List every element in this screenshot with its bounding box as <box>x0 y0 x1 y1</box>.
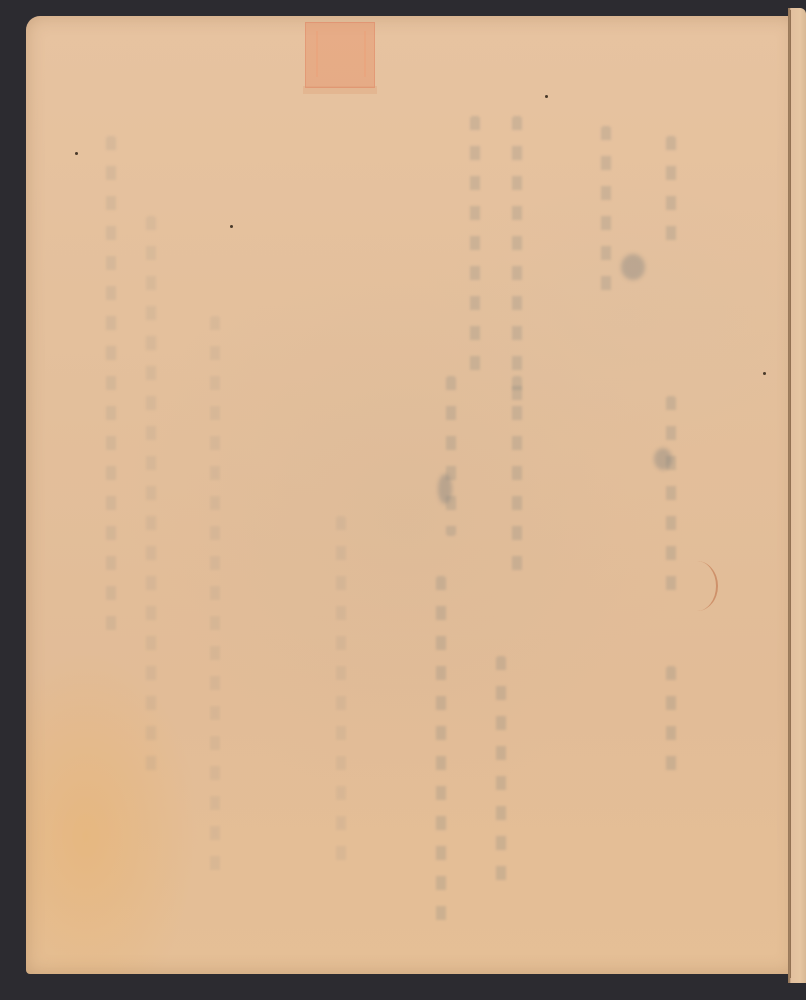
bleed-through-column <box>666 136 676 256</box>
bleed-through-column <box>106 136 116 636</box>
scanned-book-page <box>0 0 806 1000</box>
bleed-through-column <box>666 396 676 596</box>
bleed-through-column <box>512 376 522 576</box>
bleed-through-column <box>336 516 346 876</box>
bleed-through-column <box>512 116 522 416</box>
red-seal-stamp <box>305 22 375 88</box>
ink-blot <box>621 254 645 280</box>
gutter-crease <box>790 10 791 978</box>
seal-caption-illegible <box>303 86 377 94</box>
bleed-through-column <box>210 316 220 876</box>
bleed-through-column <box>666 666 676 786</box>
seal-border <box>316 31 366 77</box>
bleed-through-column <box>436 576 446 936</box>
paper-leaf <box>26 16 796 974</box>
bleed-through-column <box>470 116 480 376</box>
paper-speck <box>230 225 233 228</box>
bleed-through-column <box>446 376 456 536</box>
bleed-through-column <box>601 126 611 306</box>
ink-blot <box>654 448 672 470</box>
bleed-through-column <box>146 216 156 776</box>
bleed-through-column <box>496 656 506 896</box>
paper-speck <box>545 95 548 98</box>
stain-mark <box>676 561 718 611</box>
ink-blot <box>438 474 452 504</box>
paper-speck <box>75 152 78 155</box>
paper-speck <box>763 372 766 375</box>
